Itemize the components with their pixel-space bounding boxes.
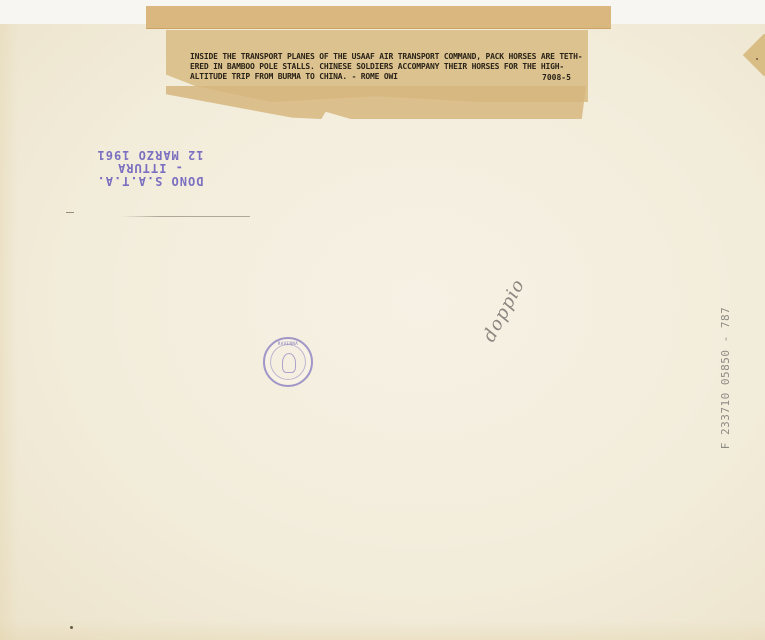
round-stamp-text: RAVENNA (265, 341, 311, 346)
caption-code: 7008-5 (542, 73, 571, 83)
stamp-line: DONO S.A.T.A. - ITTURA (95, 161, 205, 187)
pencil-mark (66, 212, 74, 213)
paper-speck (756, 58, 758, 60)
paper-speck (70, 626, 73, 629)
caption-line: ALTITUDE TRIP FROM BURMA TO CHINA. - ROM… (190, 72, 590, 82)
top-tape-strip (146, 6, 611, 29)
round-archive-stamp: RAVENNA (263, 337, 313, 387)
pencil-line (120, 216, 250, 217)
caption-text: INSIDE THE TRANSPORT PLANES OF THE USAAF… (190, 52, 590, 82)
stamp-line: 12 MARZO 1961 (95, 148, 205, 161)
violet-date-stamp: DONO S.A.T.A. - ITTURA 12 MARZO 1961 (95, 148, 205, 187)
inventory-code-text: F 233710 05850 - 787 (719, 283, 732, 473)
caption-line: ERED IN BAMBOO POLE STALLS. CHINESE SOLD… (190, 62, 590, 72)
stamp-emblem-icon (282, 353, 296, 373)
caption-line: INSIDE THE TRANSPORT PLANES OF THE USAAF… (190, 52, 590, 62)
